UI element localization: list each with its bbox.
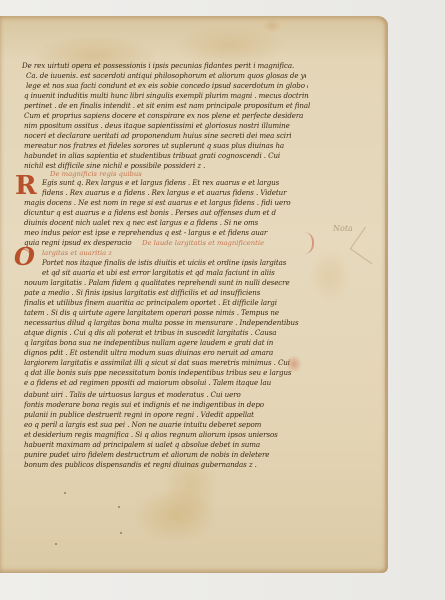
- text-line: fontis moderare bona regis sui et indign…: [24, 400, 310, 410]
- text-line: magis docens . Ne est nom in rege si est…: [24, 198, 310, 208]
- text-line: largiorem largitatis e assimilat illi q …: [24, 358, 310, 368]
- text-line: nouum largitatis . Palam fidem q qualita…: [24, 278, 310, 288]
- text-line: pate a medio . Si finis ipsius largitati…: [24, 288, 308, 298]
- text-line: et qd sit auaria et ubi est error largit…: [42, 268, 308, 278]
- page-edge: [385, 22, 388, 567]
- text-line: dignos pdit . Et ostendit ultra modum su…: [24, 348, 310, 358]
- text-line: Ca. de iuuenis. est sacerdoti antiqui ph…: [26, 71, 306, 81]
- text-line: et desiderium regis magnifica . Si q ali…: [24, 430, 310, 440]
- ink-dot: [118, 506, 120, 508]
- text-line: tatem . Si dis q uirtute agere largitate…: [24, 308, 310, 318]
- text-line: Portet nos itaque finalis de istis diuit…: [42, 258, 310, 268]
- text-line: necessarius dilud q largitas bona multa …: [24, 318, 310, 328]
- decorated-initial-r: R: [15, 173, 37, 199]
- text-line: dicuntur q est auarus e a fidens est bon…: [24, 208, 308, 218]
- rubric-heading: largitas et auaritia z: [42, 248, 112, 258]
- text-line: nim ppositum ossitus . deus itaque sapie…: [24, 121, 306, 131]
- text-line: quia regni ipsud ex desperacio: [24, 238, 144, 248]
- ink-dot: [120, 532, 122, 534]
- text-line: mereatur nos fratres et fideles sorores …: [24, 141, 312, 151]
- rubric-heading: De laude largitatis et magnificentie: [142, 238, 264, 248]
- text-line: Cum et proprius sapiens docere et conspi…: [24, 111, 312, 121]
- text-line: bonum des publicos dispensandis et regni…: [24, 460, 298, 470]
- text-line: diuinis docent nich ualet rex q nec est …: [24, 218, 306, 228]
- text-line: dabunt uiri . Talis de uirtuosus largus …: [24, 390, 310, 400]
- ink-dot: [55, 543, 57, 545]
- text-line: q dat ille bonis suis ppe necessitatum b…: [24, 368, 310, 378]
- text-line: Egis sunt q. Rex largus e et largus fide…: [42, 178, 312, 188]
- text-line: atque dignis . Cui q dis ali poterat et …: [24, 328, 310, 338]
- text-line: punire pudet uiro fidelem destructrum et…: [24, 450, 308, 460]
- text-line: eo q peril a largis est sua pei . Non ne…: [24, 420, 310, 430]
- ink-dot: [64, 492, 66, 494]
- text-line: lege et nos sua facti condunt et ex eis …: [26, 81, 308, 91]
- text-line: pulanii in publice destruerit regni in o…: [24, 410, 310, 420]
- text-line: q inuenit induditis multi hunc libri sin…: [24, 91, 309, 101]
- text-line: fidens . Rex auarus e a fidens . Rex lar…: [42, 188, 310, 198]
- margin-annotation: Nota: [333, 224, 353, 233]
- text-line: meo indus peior est ipse e reprehendus q…: [24, 228, 310, 238]
- decorated-initial-o: O: [14, 245, 35, 269]
- text-line: q largitas bona sua ne indepentibus null…: [24, 338, 308, 348]
- text-line: habuerit maximam ad principalem si ualet…: [24, 440, 310, 450]
- text-line: finalis et utilibus finem auaritia ac pr…: [24, 298, 310, 308]
- text-line: pertinet . de en finalis intendit . et s…: [24, 101, 310, 111]
- text-line: e a fidens et ad regimen ppositi ad maio…: [24, 378, 308, 388]
- text-line: habundet in alias sapientia et studentib…: [24, 151, 312, 161]
- text-line: noceri et declarare ueritati ad proponen…: [24, 131, 308, 141]
- text-line: De rex uirtuti opera et possessionis i i…: [22, 61, 306, 71]
- red-ink-smudge: [286, 355, 302, 373]
